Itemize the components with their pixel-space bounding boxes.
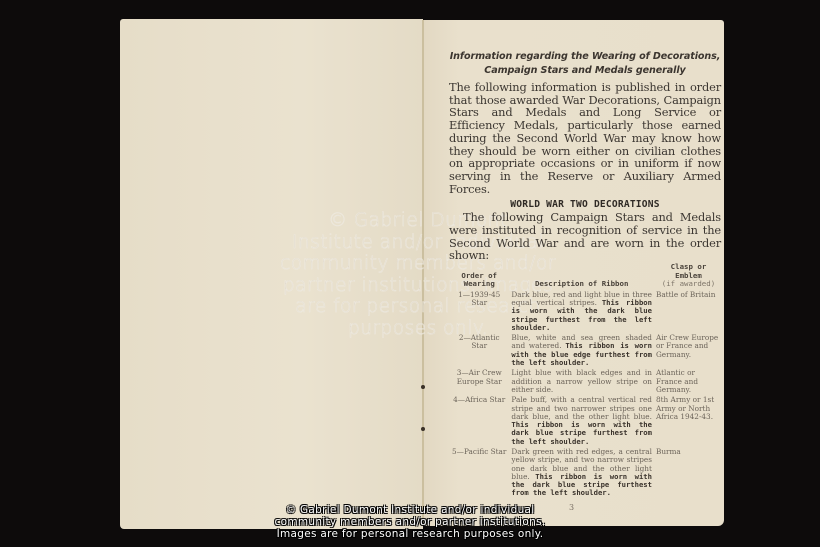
table-row: 1—1939-45 Star Dark blue, red and light …: [449, 291, 723, 334]
page-heading: Information regarding the Wearing of Dec…: [449, 50, 721, 77]
staple-hole: [421, 385, 425, 389]
order-cell: 1—1939-45 Star: [449, 291, 509, 334]
clasp-cell: 8th Army or 1st Army or North Africa 194…: [654, 396, 723, 448]
header-clasp-label: Clasp or Emblem: [671, 262, 707, 280]
section-title: WORLD WAR TWO DECORATIONS: [449, 199, 721, 210]
wearing-note: This ribbon is worn with the dark blue s…: [511, 472, 652, 498]
wearing-note: This ribbon is worn with the dark blue s…: [511, 420, 652, 446]
left-blank-page: [120, 19, 423, 529]
table-row: 3—Air Crew Europe Star Light blue with b…: [449, 369, 723, 396]
table-header-row: Order of Wearing Description of Ribbon C…: [449, 263, 723, 291]
staple-hole: [421, 427, 425, 431]
booklet-spine: [422, 20, 424, 526]
clasp-cell: Battle of Britain: [654, 291, 723, 334]
description-text: Pale buff, with a central vertical red s…: [511, 395, 652, 421]
table-row: 4—Africa Star Pale buff, with a central …: [449, 396, 723, 448]
header-clasp: Clasp or Emblem (if awarded): [654, 263, 723, 291]
description-cell: Dark blue, red and light blue in three e…: [509, 291, 654, 334]
copyright-watermark: © Gabriel Dumont Institute and/or indivi…: [255, 504, 565, 540]
description-cell: Light blue with black edges and in addit…: [509, 369, 654, 396]
heading-line: Campaign Stars and Medals generally: [449, 64, 721, 78]
order-cell: 3—Air Crew Europe Star: [449, 369, 509, 396]
watermark-line: Images are for personal research purpose…: [255, 528, 565, 540]
description-cell: Dark green with red edges, a central yel…: [509, 448, 654, 500]
clasp-cell: Air Crew Europe or France and Germany.: [654, 334, 723, 369]
description-cell: Blue, white and sea green shaded and wat…: [509, 334, 654, 369]
header-description: Description of Ribbon: [509, 263, 654, 291]
table-row: 2—Atlantic Star Blue, white and sea gree…: [449, 334, 723, 369]
section-intro-paragraph: The following Campaign Stars and Medals …: [449, 211, 721, 262]
header-order: Order of Wearing: [449, 263, 509, 291]
table-row: 5—Pacific Star Dark green with red edges…: [449, 448, 723, 500]
intro-paragraph: The following information is published i…: [449, 81, 721, 195]
description-text: Light blue with black edges and in addit…: [511, 368, 652, 394]
order-cell: 2—Atlantic Star: [449, 334, 509, 369]
clasp-cell: Burma: [654, 448, 723, 500]
header-clasp-sub: (if awarded): [656, 280, 721, 289]
description-cell: Pale buff, with a central vertical red s…: [509, 396, 654, 448]
order-cell: 5—Pacific Star: [449, 448, 509, 500]
watermark-line: community members and/or partner institu…: [255, 516, 565, 528]
medals-table: Order of Wearing Description of Ribbon C…: [449, 263, 723, 500]
page-number: 3: [569, 503, 574, 512]
watermark-line: © Gabriel Dumont Institute and/or indivi…: [255, 504, 565, 516]
order-cell: 4—Africa Star: [449, 396, 509, 448]
heading-line: Information regarding the Wearing of Dec…: [449, 50, 721, 64]
page-content: Information regarding the Wearing of Dec…: [449, 50, 721, 500]
clasp-cell: Atlantic or France and Germany.: [654, 369, 723, 396]
